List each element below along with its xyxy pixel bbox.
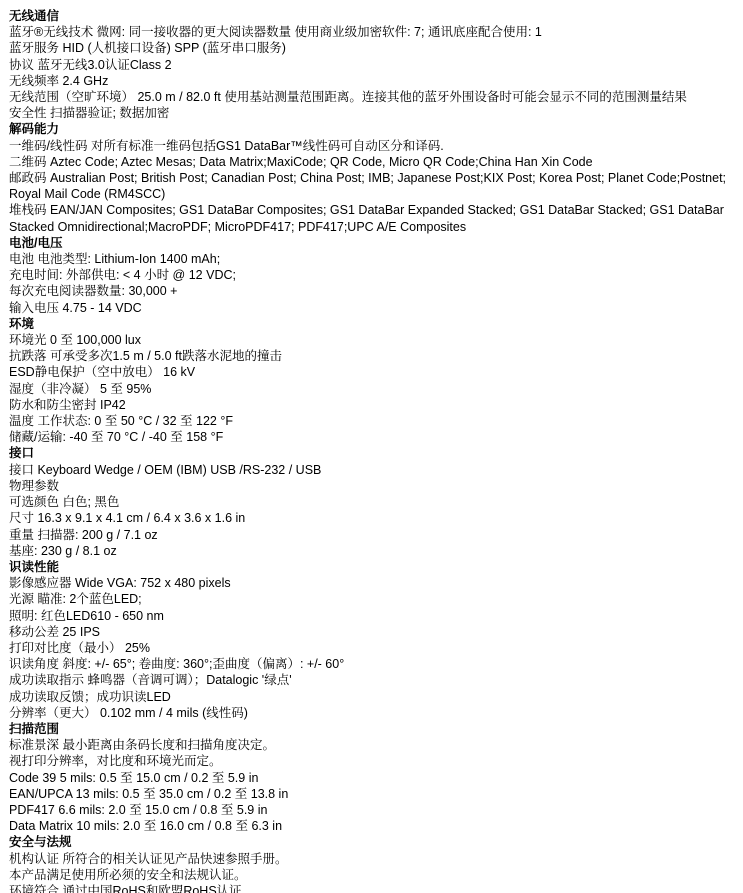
spec-line: 安全性 扫描器验证; 数据加密	[9, 105, 735, 121]
spec-line: 照明: 红色LED610 - 650 nm	[9, 608, 735, 624]
spec-line: 储藏/运输: -40 至 70 °C / -40 至 158 °F	[9, 429, 735, 445]
spec-section: 电池/电压电池 电池类型: Lithium-Ion 1400 mAh;充电时间:…	[9, 235, 735, 316]
spec-line: 湿度（非冷凝） 5 至 95%	[9, 381, 735, 397]
spec-line: 充电时间: 外部供电: < 4 小时 @ 12 VDC;	[9, 267, 735, 283]
spec-line: 尺寸 16.3 x 9.1 x 4.1 cm / 6.4 x 3.6 x 1.6…	[9, 510, 735, 526]
section-title: 解码能力	[9, 121, 735, 137]
spec-line: EAN/UPCA 13 mils: 0.5 至 35.0 cm / 0.2 至 …	[9, 786, 735, 802]
spec-line: 重量 扫描器: 200 g / 7.1 oz	[9, 527, 735, 543]
spec-line: 每次充电阅读器数量: 30,000 +	[9, 283, 735, 299]
section-title: 无线通信	[9, 8, 735, 24]
spec-line: 基座: 230 g / 8.1 oz	[9, 543, 735, 559]
section-title: 扫描范围	[9, 721, 735, 737]
section-title: 识读性能	[9, 559, 735, 575]
spec-line: 环境符合 通过中国RoHS和欧盟RoHS认证	[9, 883, 735, 893]
spec-line: 二维码 Aztec Code; Aztec Mesas; Data Matrix…	[9, 154, 735, 170]
spec-line: 协议 蓝牙无线3.0认证Class 2	[9, 57, 735, 73]
spec-line: 输入电压 4.75 - 14 VDC	[9, 300, 735, 316]
spec-line: 无线频率 2.4 GHz	[9, 73, 735, 89]
spec-line: 接口 Keyboard Wedge / OEM (IBM) USB /RS-23…	[9, 462, 735, 478]
spec-line: 邮政码 Australian Post; British Post; Canad…	[9, 170, 735, 202]
spec-line: 可选颜色 白色; 黑色	[9, 494, 735, 510]
spec-line: 影像感应器 Wide VGA: 752 x 480 pixels	[9, 575, 735, 591]
section-title: 接口	[9, 445, 735, 461]
spec-line: 无线范围（空旷环境） 25.0 m / 82.0 ft 使用基站测量范围距离。连…	[9, 89, 735, 105]
spec-line: 打印对比度（最小） 25%	[9, 640, 735, 656]
spec-line: 成功读取指示 蜂鸣器（音调可调）；Datalogic '绿点'	[9, 672, 735, 688]
spec-line: 堆栈码 EAN/JAN Composites; GS1 DataBar Comp…	[9, 202, 735, 234]
spec-line: ESD静电保护（空中放电） 16 kV	[9, 364, 735, 380]
spec-line: 视打印分辨率，对比度和环境光而定。	[9, 753, 735, 769]
spec-line: 温度 工作状态: 0 至 50 °C / 32 至 122 °F	[9, 413, 735, 429]
spec-line: 蓝牙®无线技术 微网: 同一接收器的更大阅读器数量 使用商业级加密软件: 7; …	[9, 24, 735, 40]
section-title: 环境	[9, 316, 735, 332]
spec-section: 解码能力一维码/线性码 对所有标准一维码包括GS1 DataBar™线性码可自动…	[9, 121, 735, 234]
spec-section: 识读性能影像感应器 Wide VGA: 752 x 480 pixels光源 瞄…	[9, 559, 735, 721]
spec-section: 接口接口 Keyboard Wedge / OEM (IBM) USB /RS-…	[9, 445, 735, 558]
spec-line: 标准景深 最小距离由条码长度和扫描角度决定。	[9, 737, 735, 753]
spec-line: 防水和防尘密封 IP42	[9, 397, 735, 413]
spec-line: 抗跌落 可承受多次1.5 m / 5.0 ft跌落水泥地的撞击	[9, 348, 735, 364]
spec-line: PDF417 6.6 mils: 2.0 至 15.0 cm / 0.8 至 5…	[9, 802, 735, 818]
spec-section: 环境环境光 0 至 100,000 lux抗跌落 可承受多次1.5 m / 5.…	[9, 316, 735, 446]
spec-line: Data Matrix 10 mils: 2.0 至 16.0 cm / 0.8…	[9, 818, 735, 834]
spec-line: 成功读取反馈；成功识读LED	[9, 689, 735, 705]
spec-section: 安全与法规机构认证 所符合的相关认证见产品快速参照手册。本产品满足使用所必须的安…	[9, 834, 735, 893]
spec-line: 分辨率（更大） 0.102 mm / 4 mils (线性码)	[9, 705, 735, 721]
spec-line: 机构认证 所符合的相关认证见产品快速参照手册。	[9, 851, 735, 867]
spec-line: 光源 瞄准: 2个蓝色LED;	[9, 591, 735, 607]
spec-document: 无线通信蓝牙®无线技术 微网: 同一接收器的更大阅读器数量 使用商业级加密软件:…	[9, 8, 735, 893]
spec-line: 一维码/线性码 对所有标准一维码包括GS1 DataBar™线性码可自动区分和译…	[9, 138, 735, 154]
spec-line: 本产品满足使用所必须的安全和法规认证。	[9, 867, 735, 883]
section-title: 安全与法规	[9, 834, 735, 850]
spec-line: 蓝牙服务 HID (人机接口设备) SPP (蓝牙串口服务)	[9, 40, 735, 56]
spec-line: 识读角度 斜度: +/- 65°; 卷曲度: 360°;歪曲度（偏离）: +/-…	[9, 656, 735, 672]
spec-section: 无线通信蓝牙®无线技术 微网: 同一接收器的更大阅读器数量 使用商业级加密软件:…	[9, 8, 735, 121]
spec-line: 电池 电池类型: Lithium-Ion 1400 mAh;	[9, 251, 735, 267]
spec-section: 扫描范围标准景深 最小距离由条码长度和扫描角度决定。视打印分辨率，对比度和环境光…	[9, 721, 735, 834]
spec-line: 物理参数	[9, 478, 735, 494]
section-title: 电池/电压	[9, 235, 735, 251]
spec-line: 环境光 0 至 100,000 lux	[9, 332, 735, 348]
spec-line: 移动公差 25 IPS	[9, 624, 735, 640]
spec-line: Code 39 5 mils: 0.5 至 15.0 cm / 0.2 至 5.…	[9, 770, 735, 786]
